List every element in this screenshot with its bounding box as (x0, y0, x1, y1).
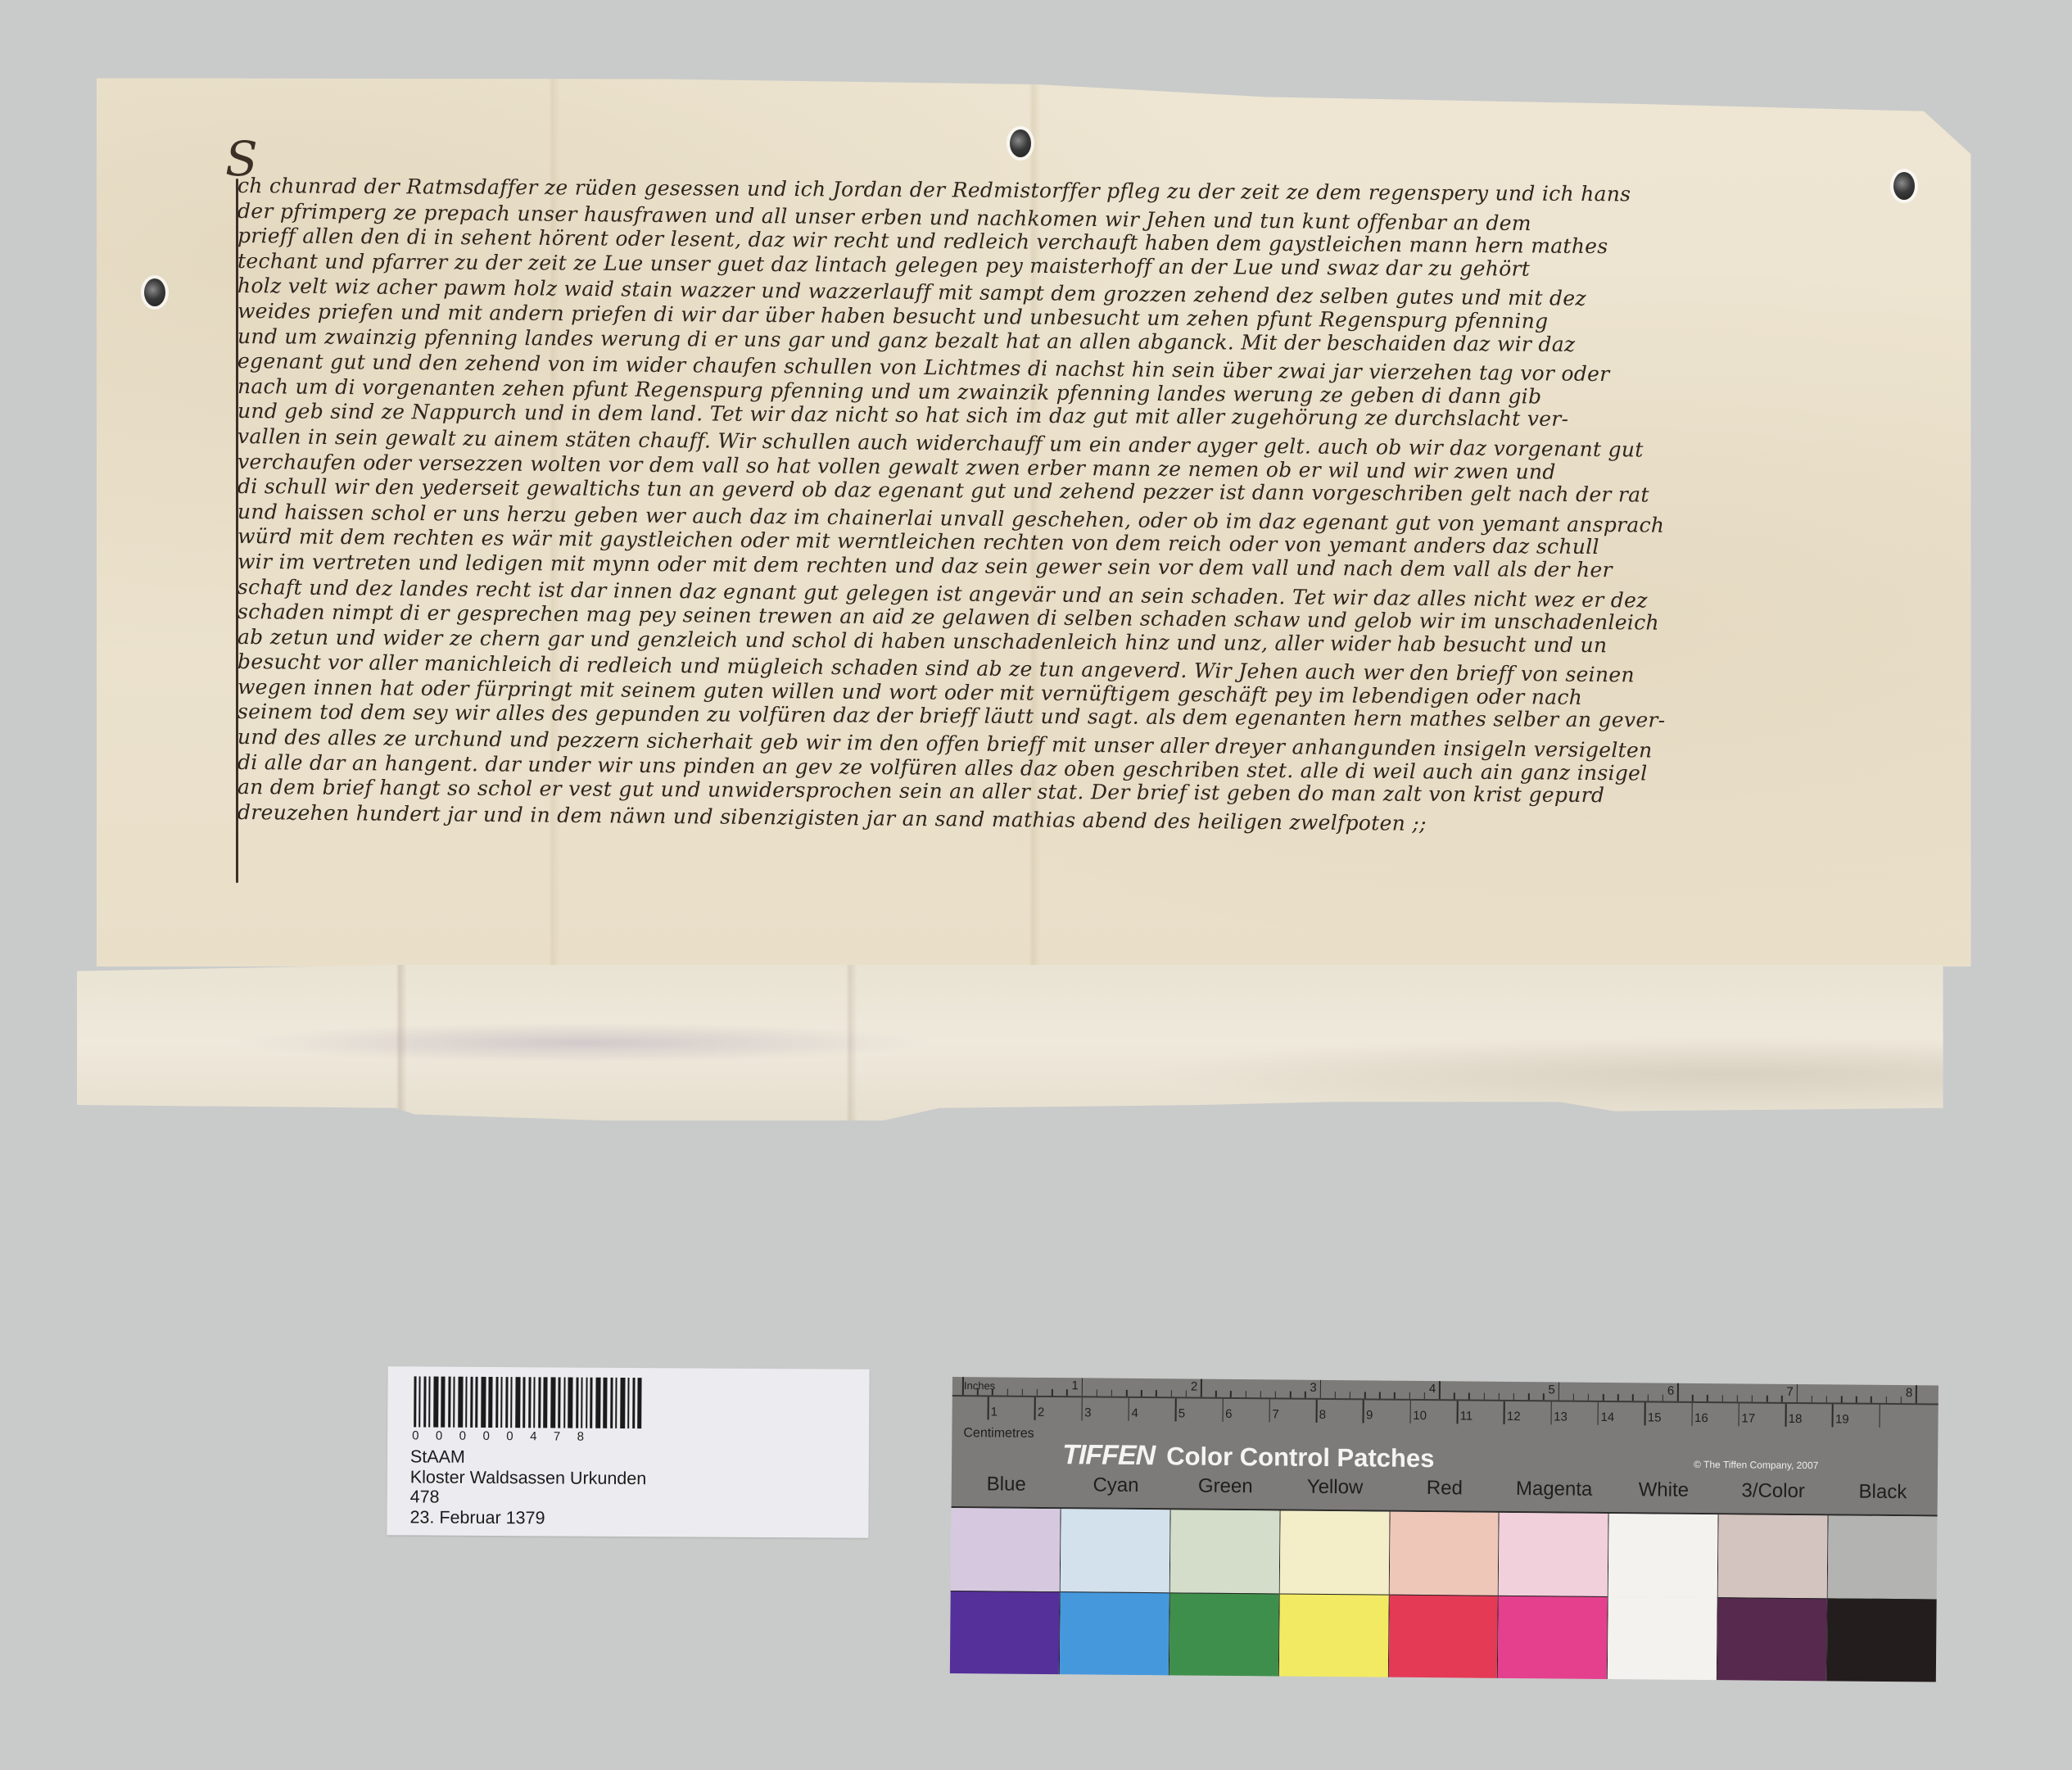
inch-tick (1007, 1389, 1008, 1396)
cm-mark: 6 (1225, 1407, 1232, 1421)
cm-tick (1409, 1401, 1411, 1424)
inch-tick (1454, 1392, 1455, 1399)
inch-tick (1364, 1392, 1366, 1398)
inch-mark: 7 (1786, 1385, 1793, 1399)
inch-tick (1305, 1392, 1306, 1398)
inch-tick (1052, 1389, 1053, 1396)
inch-tick (1319, 1380, 1321, 1398)
cm-tick (1175, 1398, 1177, 1421)
inch-tick (1737, 1395, 1739, 1401)
dark-patch (1827, 1598, 1937, 1682)
cm-tick (1597, 1402, 1599, 1425)
inch-tick (1186, 1390, 1188, 1397)
inch-tick (962, 1377, 964, 1395)
inch-tick (1543, 1393, 1545, 1400)
inch-tick (1037, 1389, 1038, 1396)
inch-tick (1767, 1396, 1768, 1402)
cm-mark: 19 (1835, 1412, 1849, 1426)
cm-tick (1691, 1403, 1693, 1426)
cm-tick (1504, 1401, 1505, 1424)
patch-label: White (1608, 1478, 1718, 1502)
barcode-bar (470, 1377, 473, 1428)
barcode-bar (465, 1377, 467, 1428)
inch-tick (1603, 1394, 1604, 1401)
barcode-bar (510, 1377, 512, 1428)
inch-tick (1871, 1397, 1872, 1403)
inch-mark: 2 (1191, 1380, 1197, 1394)
inch-mark: 1 (1071, 1378, 1078, 1392)
barcode-bar (576, 1378, 578, 1428)
inch-tick (1066, 1389, 1068, 1396)
cm-tick (1034, 1397, 1036, 1420)
inch-tick (1513, 1393, 1515, 1400)
cm-tick (1128, 1398, 1129, 1421)
inch-tick (1141, 1390, 1142, 1397)
patch-column-cyan (1060, 1509, 1171, 1675)
cm-mark: 5 (1179, 1406, 1185, 1420)
barcode-digit: 4 (530, 1429, 536, 1443)
mounting-pin-icon (1010, 129, 1031, 157)
inch-tick (1230, 1391, 1232, 1397)
cm-tick (1738, 1403, 1739, 1426)
patch-label: Black (1828, 1480, 1938, 1504)
archive-name: StAAM (410, 1446, 647, 1468)
patch-column-blue (950, 1508, 1061, 1674)
barcode-bar (627, 1378, 629, 1428)
inch-tick (1841, 1396, 1843, 1402)
barcode-digit: 7 (554, 1429, 560, 1443)
cm-tick (1550, 1401, 1552, 1424)
barcode-bar (563, 1378, 565, 1428)
dark-patch (1278, 1593, 1388, 1677)
inch-tick (1856, 1397, 1857, 1403)
dark-patch (1388, 1595, 1498, 1678)
barcode-bar (581, 1378, 582, 1428)
parchment-fold-plica (77, 965, 1952, 1120)
patch-label: Blue (952, 1473, 1061, 1496)
inch-tick (1215, 1391, 1217, 1397)
barcode-bar (533, 1377, 535, 1428)
barcode-bar (523, 1377, 525, 1428)
inch-mark: 3 (1310, 1381, 1316, 1395)
dark-patch (1717, 1597, 1827, 1681)
inch-tick (977, 1388, 979, 1395)
barcode-bar (428, 1377, 430, 1428)
barcode-bar (515, 1377, 520, 1428)
barcode-bar (538, 1377, 541, 1428)
barcode-bar (505, 1377, 508, 1428)
barcode-digit: 0 (459, 1429, 466, 1443)
light-patch (1061, 1509, 1170, 1592)
inch-tick (1721, 1395, 1723, 1401)
barcode (414, 1376, 645, 1428)
cm-tick (1363, 1400, 1364, 1423)
inch-tick (1588, 1394, 1590, 1401)
inch-tick (1617, 1394, 1619, 1401)
inch-tick (1901, 1397, 1902, 1403)
light-patch (1718, 1514, 1828, 1598)
inch-tick (1424, 1392, 1426, 1399)
cm-tick (1316, 1400, 1318, 1423)
archive-label: 00000478 StAAM Kloster Waldsassen Urkund… (387, 1366, 869, 1538)
mounting-pin-icon (144, 278, 165, 306)
barcode-digit: 0 (506, 1429, 513, 1443)
dark-patch (1498, 1596, 1608, 1679)
patch-column-green (1169, 1510, 1281, 1676)
cm-mark: 2 (1038, 1406, 1044, 1419)
inch-tick (1468, 1393, 1470, 1400)
inch-tick (1692, 1395, 1694, 1401)
barcode-bar (448, 1377, 450, 1428)
inch-tick (1528, 1393, 1530, 1400)
barcode-bar (441, 1377, 445, 1428)
cm-mark: 1 (991, 1405, 998, 1419)
inch-tick (1499, 1393, 1500, 1400)
patch-label: Green (1170, 1474, 1280, 1498)
cm-mark: 18 (1789, 1412, 1803, 1426)
barcode-bar (528, 1377, 531, 1428)
barcode-bar (620, 1378, 625, 1428)
patch-column-magenta (1498, 1513, 1609, 1679)
dark-patch (1169, 1592, 1279, 1676)
barcode-bar (418, 1376, 420, 1427)
cm-mark: 13 (1554, 1410, 1568, 1424)
inch-mark: 5 (1548, 1383, 1554, 1397)
barcode-bar (475, 1377, 477, 1428)
inch-tick (1439, 1381, 1441, 1399)
inches-label: Inches (964, 1379, 995, 1392)
dark-patch (1060, 1591, 1169, 1675)
inch-tick (1170, 1390, 1172, 1397)
inch-tick (1826, 1396, 1828, 1402)
collection-name: Kloster Waldsassen Urkunden (410, 1467, 647, 1488)
light-patch (1499, 1513, 1608, 1596)
patch-label: Magenta (1500, 1478, 1609, 1501)
inch-tick (1796, 1384, 1798, 1402)
barcode-bar (423, 1376, 426, 1427)
inch-mark: 6 (1667, 1384, 1674, 1398)
copyright-notice: © The Tiffen Company, 2007 (1694, 1459, 1818, 1471)
inch-tick (1260, 1391, 1262, 1397)
patch-column-black (1827, 1515, 1938, 1682)
cm-tick (988, 1397, 989, 1419)
document-date: 23. Februar 1379 (409, 1507, 646, 1528)
cm-mark: 10 (1413, 1409, 1427, 1423)
cm-mark: 11 (1460, 1409, 1473, 1423)
patch-label: 3/Color (1718, 1479, 1828, 1503)
patch-column-white (1608, 1514, 1719, 1680)
inch-tick (1677, 1383, 1679, 1401)
barcode-bar (458, 1377, 463, 1428)
barcode-bar (610, 1378, 613, 1428)
inch-tick (1752, 1396, 1753, 1402)
inch-tick (1379, 1392, 1381, 1399)
inch-tick (1201, 1379, 1202, 1397)
cm-tick (1081, 1397, 1083, 1420)
barcode-bar (433, 1377, 438, 1428)
inch-tick (1916, 1385, 1917, 1403)
inch-tick (1096, 1390, 1097, 1397)
inch-tick (1483, 1393, 1485, 1400)
patch-labels: BlueCyanGreenYellowRedMagentaWhite3/Colo… (952, 1473, 1938, 1505)
barcode-bar (590, 1378, 592, 1428)
barcode-bar (488, 1377, 492, 1428)
inch-tick (1350, 1392, 1351, 1398)
light-patch (1279, 1510, 1389, 1594)
inch-tick (1572, 1394, 1574, 1401)
barcode-bar (481, 1377, 486, 1428)
cm-tick (1832, 1404, 1834, 1427)
inch-tick (1290, 1392, 1292, 1398)
barcode-digit: 0 (412, 1428, 418, 1442)
barcode-bar (586, 1378, 587, 1428)
barcode-bar (568, 1378, 572, 1428)
inch-tick (1022, 1389, 1024, 1396)
inch-tick (1632, 1394, 1634, 1401)
cm-tick (1222, 1399, 1224, 1422)
barcode-bar (495, 1377, 498, 1428)
barcode-digit: 8 (577, 1430, 584, 1444)
dark-patch (950, 1591, 1060, 1674)
cm-mark: 8 (1319, 1408, 1326, 1422)
light-patch (951, 1508, 1061, 1591)
light-patch (1169, 1510, 1279, 1593)
color-patches (950, 1506, 1938, 1682)
cm-mark: 14 (1600, 1410, 1614, 1424)
light-patch (1389, 1512, 1499, 1596)
cm-mark: 12 (1507, 1410, 1521, 1424)
barcode-bar (543, 1377, 547, 1428)
barcode-bar (550, 1377, 555, 1428)
inch-tick (1111, 1390, 1113, 1397)
tiffen-logo: TIFFEN (1062, 1439, 1155, 1472)
cm-tick (1269, 1399, 1270, 1422)
inch-tick (1707, 1395, 1708, 1401)
inch-tick (1647, 1394, 1649, 1401)
barcode-number: 00000478 (412, 1428, 584, 1443)
patch-label: Cyan (1061, 1473, 1171, 1497)
chart-title: Color Control Patches (1166, 1442, 1435, 1473)
cm-tick (1785, 1404, 1787, 1427)
chart-ruler-header: Inches Centimetres TIFFEN Color Control … (952, 1377, 1939, 1517)
patch-label: Red (1390, 1477, 1500, 1501)
barcode-bar (637, 1378, 641, 1428)
inch-tick (1275, 1391, 1277, 1397)
barcode-bar (615, 1378, 617, 1428)
inch-tick (1245, 1391, 1246, 1397)
cm-mark: 3 (1084, 1406, 1091, 1419)
cm-mark: 7 (1272, 1407, 1278, 1421)
barcode-bar (414, 1376, 416, 1427)
inch-tick (1811, 1396, 1812, 1402)
inch-mark: 4 (1429, 1382, 1436, 1396)
cm-mark: 16 (1694, 1411, 1708, 1425)
inch-tick (1334, 1392, 1336, 1398)
color-control-chart: Inches Centimetres TIFFEN Color Control … (950, 1377, 1939, 1682)
patch-column-3-color (1717, 1514, 1829, 1681)
barcode-bar (453, 1377, 455, 1428)
light-patch (1828, 1515, 1938, 1599)
inch-tick (1663, 1395, 1664, 1401)
barcode-digit: 0 (436, 1429, 442, 1443)
inch-tick (1394, 1392, 1396, 1399)
barcode-bar (595, 1378, 600, 1428)
barcode-bar (632, 1378, 635, 1428)
inch-tick (1126, 1390, 1128, 1397)
cm-mark: 15 (1648, 1410, 1662, 1424)
barcode-digit: 0 (482, 1429, 489, 1443)
dark-patch (1608, 1596, 1717, 1680)
cm-tick (1644, 1402, 1646, 1425)
light-patch (1608, 1514, 1718, 1597)
inch-tick (992, 1388, 993, 1395)
inch-tick (1781, 1396, 1783, 1402)
patch-column-red (1388, 1512, 1500, 1678)
inch-tick (1558, 1382, 1559, 1400)
cm-tick (1457, 1401, 1459, 1424)
inch-mark: 8 (1906, 1386, 1912, 1400)
mounting-pin-icon (1893, 172, 1915, 200)
cm-tick (1879, 1405, 1880, 1428)
manuscript-text-block: ch chunrad der Ratmsdaffer ze rüden gese… (238, 174, 1753, 825)
document-number: 478 (410, 1487, 647, 1508)
cm-mark: 17 (1741, 1411, 1755, 1425)
inch-tick (1885, 1397, 1887, 1403)
cm-mark: 9 (1366, 1408, 1373, 1422)
inch-tick (1409, 1392, 1410, 1399)
cm-mark: 4 (1131, 1406, 1138, 1420)
patch-column-yellow (1278, 1510, 1390, 1677)
patch-label: Yellow (1280, 1475, 1390, 1499)
inch-tick (1081, 1378, 1083, 1396)
barcode-bar (500, 1377, 502, 1428)
centimetres-label: Centimetres (963, 1426, 1034, 1442)
inch-tick (1156, 1390, 1157, 1397)
barcode-bar (603, 1378, 607, 1428)
barcode-bar (558, 1377, 560, 1428)
